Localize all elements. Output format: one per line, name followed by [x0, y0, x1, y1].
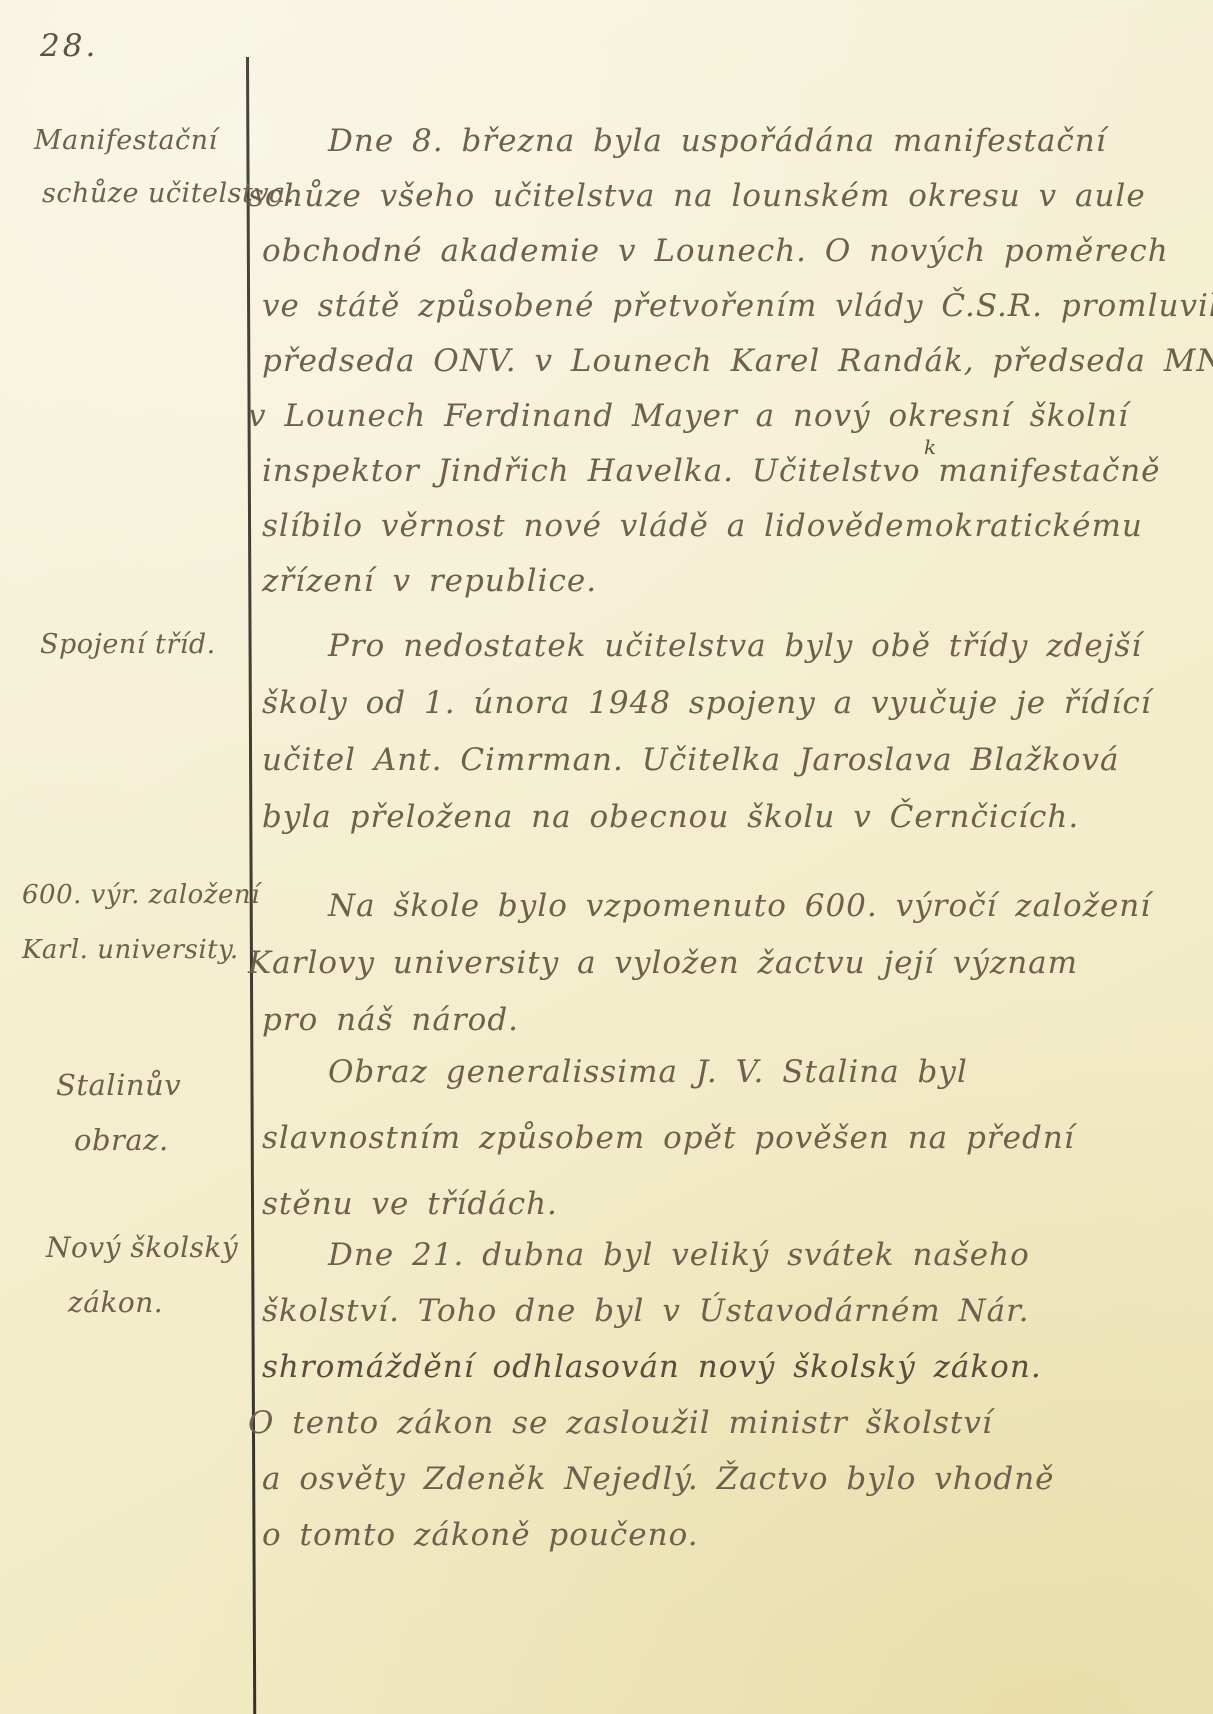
- paragraph-line: Pro nedostatek učitelstva byly obě třídy…: [262, 617, 1177, 674]
- paragraph-line: Dne 21. dubna byl veliký svátek našeho: [262, 1227, 1177, 1283]
- paragraph-university-anniversary: Na škole bylo vzpomenuto 600. výročí zal…: [262, 877, 1177, 1048]
- paragraph-line: Na škole bylo vzpomenuto 600. výročí zal…: [262, 877, 1177, 934]
- margin-note-joined-classes: Spojení tříd.: [40, 617, 216, 672]
- paragraph-line: slíbilo věrnost nové vládě a lidovědemok…: [262, 498, 1177, 553]
- margin-note-line: Spojení tříd.: [40, 617, 216, 672]
- paragraph-line: byla přeložena na obecnou školu v Černči…: [262, 788, 1177, 845]
- paragraph-line: Dne 8. března byla uspořádána manifestač…: [262, 113, 1177, 168]
- paragraph-school-law: Dne 21. dubna byl veliký svátek našeho š…: [262, 1227, 1177, 1563]
- margin-note-school-law: Nový školský zákon.: [46, 1220, 238, 1330]
- paragraph-line: inspektor Jindřich Havelka. Učitelstvo m…: [262, 443, 1177, 498]
- margin-note-university-anniversary: 600. výr. založení Karl. university.: [22, 867, 260, 977]
- paragraph-line: v Lounech Ferdinand Mayer a nový okresní…: [248, 388, 1177, 443]
- paragraph-line: Obraz generalissima J. V. Stalina byl: [262, 1039, 1177, 1105]
- margin-note-line: zákon.: [46, 1275, 238, 1330]
- superscript-correction: k: [924, 435, 937, 459]
- paragraph-line: školy od 1. února 1948 spojeny a vyučuje…: [262, 674, 1177, 731]
- paragraph-line: učitel Ant. Cimrman. Učitelka Jaroslava …: [262, 731, 1177, 788]
- paragraph-line: obchodné akademie v Lounech. O nových po…: [262, 223, 1177, 278]
- page-number: 28.: [40, 28, 98, 64]
- margin-note-line: Manifestační: [34, 113, 295, 168]
- paragraph-line: a osvěty Zdeněk Nejedlý. Žactvo bylo vho…: [262, 1451, 1177, 1507]
- paragraph-stalin-portrait: Obraz generalissima J. V. Stalina byl sl…: [262, 1039, 1177, 1237]
- paragraph-line: schůze všeho učitelstva na lounském okre…: [248, 168, 1177, 223]
- main-text-column: Dne 8. března byla uspořádána manifestač…: [262, 0, 1177, 1714]
- paragraph-line: shromáždění odhlasován nový školský záko…: [262, 1339, 1177, 1395]
- paragraph-line: slavnostním způsobem opět pověšen na pře…: [262, 1105, 1177, 1171]
- paragraph-line: O tento zákon se zasloužil ministr škols…: [248, 1395, 1177, 1451]
- paragraph-line: ve státě způsobené přetvořením vlády Č.S…: [262, 278, 1177, 333]
- margin-note-line: obraz.: [56, 1112, 181, 1167]
- paragraph-line: předseda ONV. v Lounech Karel Randák, př…: [262, 333, 1177, 388]
- margin-note-stalin-portrait: Stalinův obraz.: [56, 1057, 181, 1167]
- paragraph-joined-classes: Pro nedostatek učitelstva byly obě třídy…: [262, 617, 1177, 845]
- margin-note-line: 600. výr. založení: [22, 867, 260, 922]
- paragraph-line: Karlovy university a vyložen žactvu její…: [248, 934, 1177, 991]
- paragraph-manifest-meeting: Dne 8. března byla uspořádána manifestač…: [262, 113, 1177, 608]
- margin-note-line: Nový školský: [46, 1220, 238, 1275]
- chronicle-page: 28. Manifestační schůze učitelstva. Spoj…: [0, 0, 1213, 1714]
- paragraph-line: o tomto zákoně poučeno.: [262, 1507, 1177, 1563]
- paragraph-line: školství. Toho dne byl v Ústavodárném Ná…: [262, 1283, 1177, 1339]
- margin-note-line: Stalinův: [56, 1057, 181, 1112]
- margin-note-line: Karl. university.: [22, 922, 260, 977]
- paragraph-line: zřízení v republice.: [262, 553, 1177, 608]
